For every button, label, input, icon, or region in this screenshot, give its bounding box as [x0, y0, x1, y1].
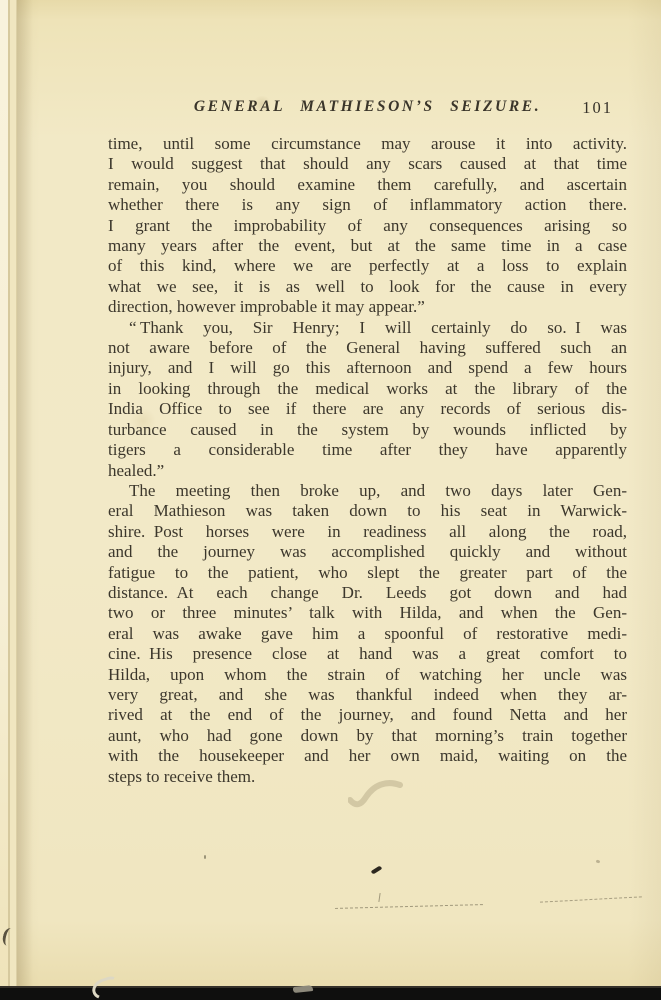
- page-edge-strip: [0, 0, 10, 987]
- text-line: in looking through the medical works at …: [108, 379, 627, 399]
- text-line: time, until some circumstance may arouse…: [108, 134, 627, 154]
- text-line: eral was awake gave him a spoonful of re…: [108, 624, 627, 644]
- page-number: 101: [582, 98, 613, 118]
- text-line: not aware before of the General having s…: [108, 338, 627, 358]
- text-line: of this kind, where we are perfectly at …: [108, 256, 627, 276]
- text-line: rived at the end of the journey, and fou…: [108, 705, 627, 725]
- paper-speck: [596, 859, 601, 863]
- paragraph: The meeting then broke up, and two days …: [108, 481, 627, 787]
- pencil-tick: [378, 893, 380, 902]
- text-line: distance. At each change Dr. Leeds got d…: [108, 583, 627, 603]
- paper-speck: [204, 855, 206, 859]
- text-line: aunt, who had gone down by that morning’…: [108, 726, 627, 746]
- text-line: direction, however improbable it may app…: [108, 297, 627, 317]
- page-gutter-shadow: [17, 0, 33, 987]
- text-line: injury, and I will go this afternoon and…: [108, 358, 627, 378]
- text-line: many years after the event, but at the s…: [108, 236, 627, 256]
- running-header: GENERAL MATHIESON’S SEIZURE. 101: [108, 98, 627, 120]
- text-line: shire. Post horses were in readiness all…: [108, 522, 627, 542]
- text-line: I grant the improbability of any consequ…: [108, 216, 627, 236]
- text-line: turbance caused in the system by wounds …: [108, 420, 627, 440]
- text-line: with the housekeeper and her own maid, w…: [108, 746, 627, 766]
- page-edge-strip: [10, 0, 17, 987]
- page-edge-stack: [0, 0, 30, 987]
- text-line: The meeting then broke up, and two days …: [108, 481, 627, 501]
- text-line: steps to receive them.: [108, 767, 627, 787]
- page-body-text: time, until some circumstance may arouse…: [108, 134, 627, 787]
- pencil-scribble: [540, 896, 642, 905]
- text-line: whether there is any sign of inflammator…: [108, 195, 627, 215]
- text-line: fatigue to the patient, who slept the gr…: [108, 563, 627, 583]
- pencil-scribble: [335, 904, 483, 912]
- text-line: very great, and she was thankful indeed …: [108, 685, 627, 705]
- paragraph: “ Thank you, Sir Henry; I will certainly…: [108, 318, 627, 481]
- text-line: and the journey was accomplished quickly…: [108, 542, 627, 562]
- ink-speck: [371, 865, 382, 874]
- text-line: what we see, it is as well to look for t…: [108, 277, 627, 297]
- text-line: India Office to see if there are any rec…: [108, 399, 627, 419]
- running-header-title: GENERAL MATHIESON’S SEIZURE.: [194, 98, 541, 115]
- text-line: remain, you should examine them carefull…: [108, 175, 627, 195]
- text-line: two or three minutes’ talk with Hilda, a…: [108, 603, 627, 623]
- text-line: cine. His presence close at hand was a g…: [108, 644, 627, 664]
- paragraph: time, until some circumstance may arouse…: [108, 134, 627, 318]
- text-line: I would suggest that should any scars ca…: [108, 154, 627, 174]
- scanned-book-page: GENERAL MATHIESON’S SEIZURE. 101 time, u…: [0, 0, 661, 1000]
- text-line: eral Mathieson was taken down to his sea…: [108, 501, 627, 521]
- text-line: Hilda, upon whom the strain of watching …: [108, 665, 627, 685]
- text-line: healed.”: [108, 461, 627, 481]
- text-line: “ Thank you, Sir Henry; I will certainly…: [108, 318, 627, 338]
- text-line: tigers a considerable time after they ha…: [108, 440, 627, 460]
